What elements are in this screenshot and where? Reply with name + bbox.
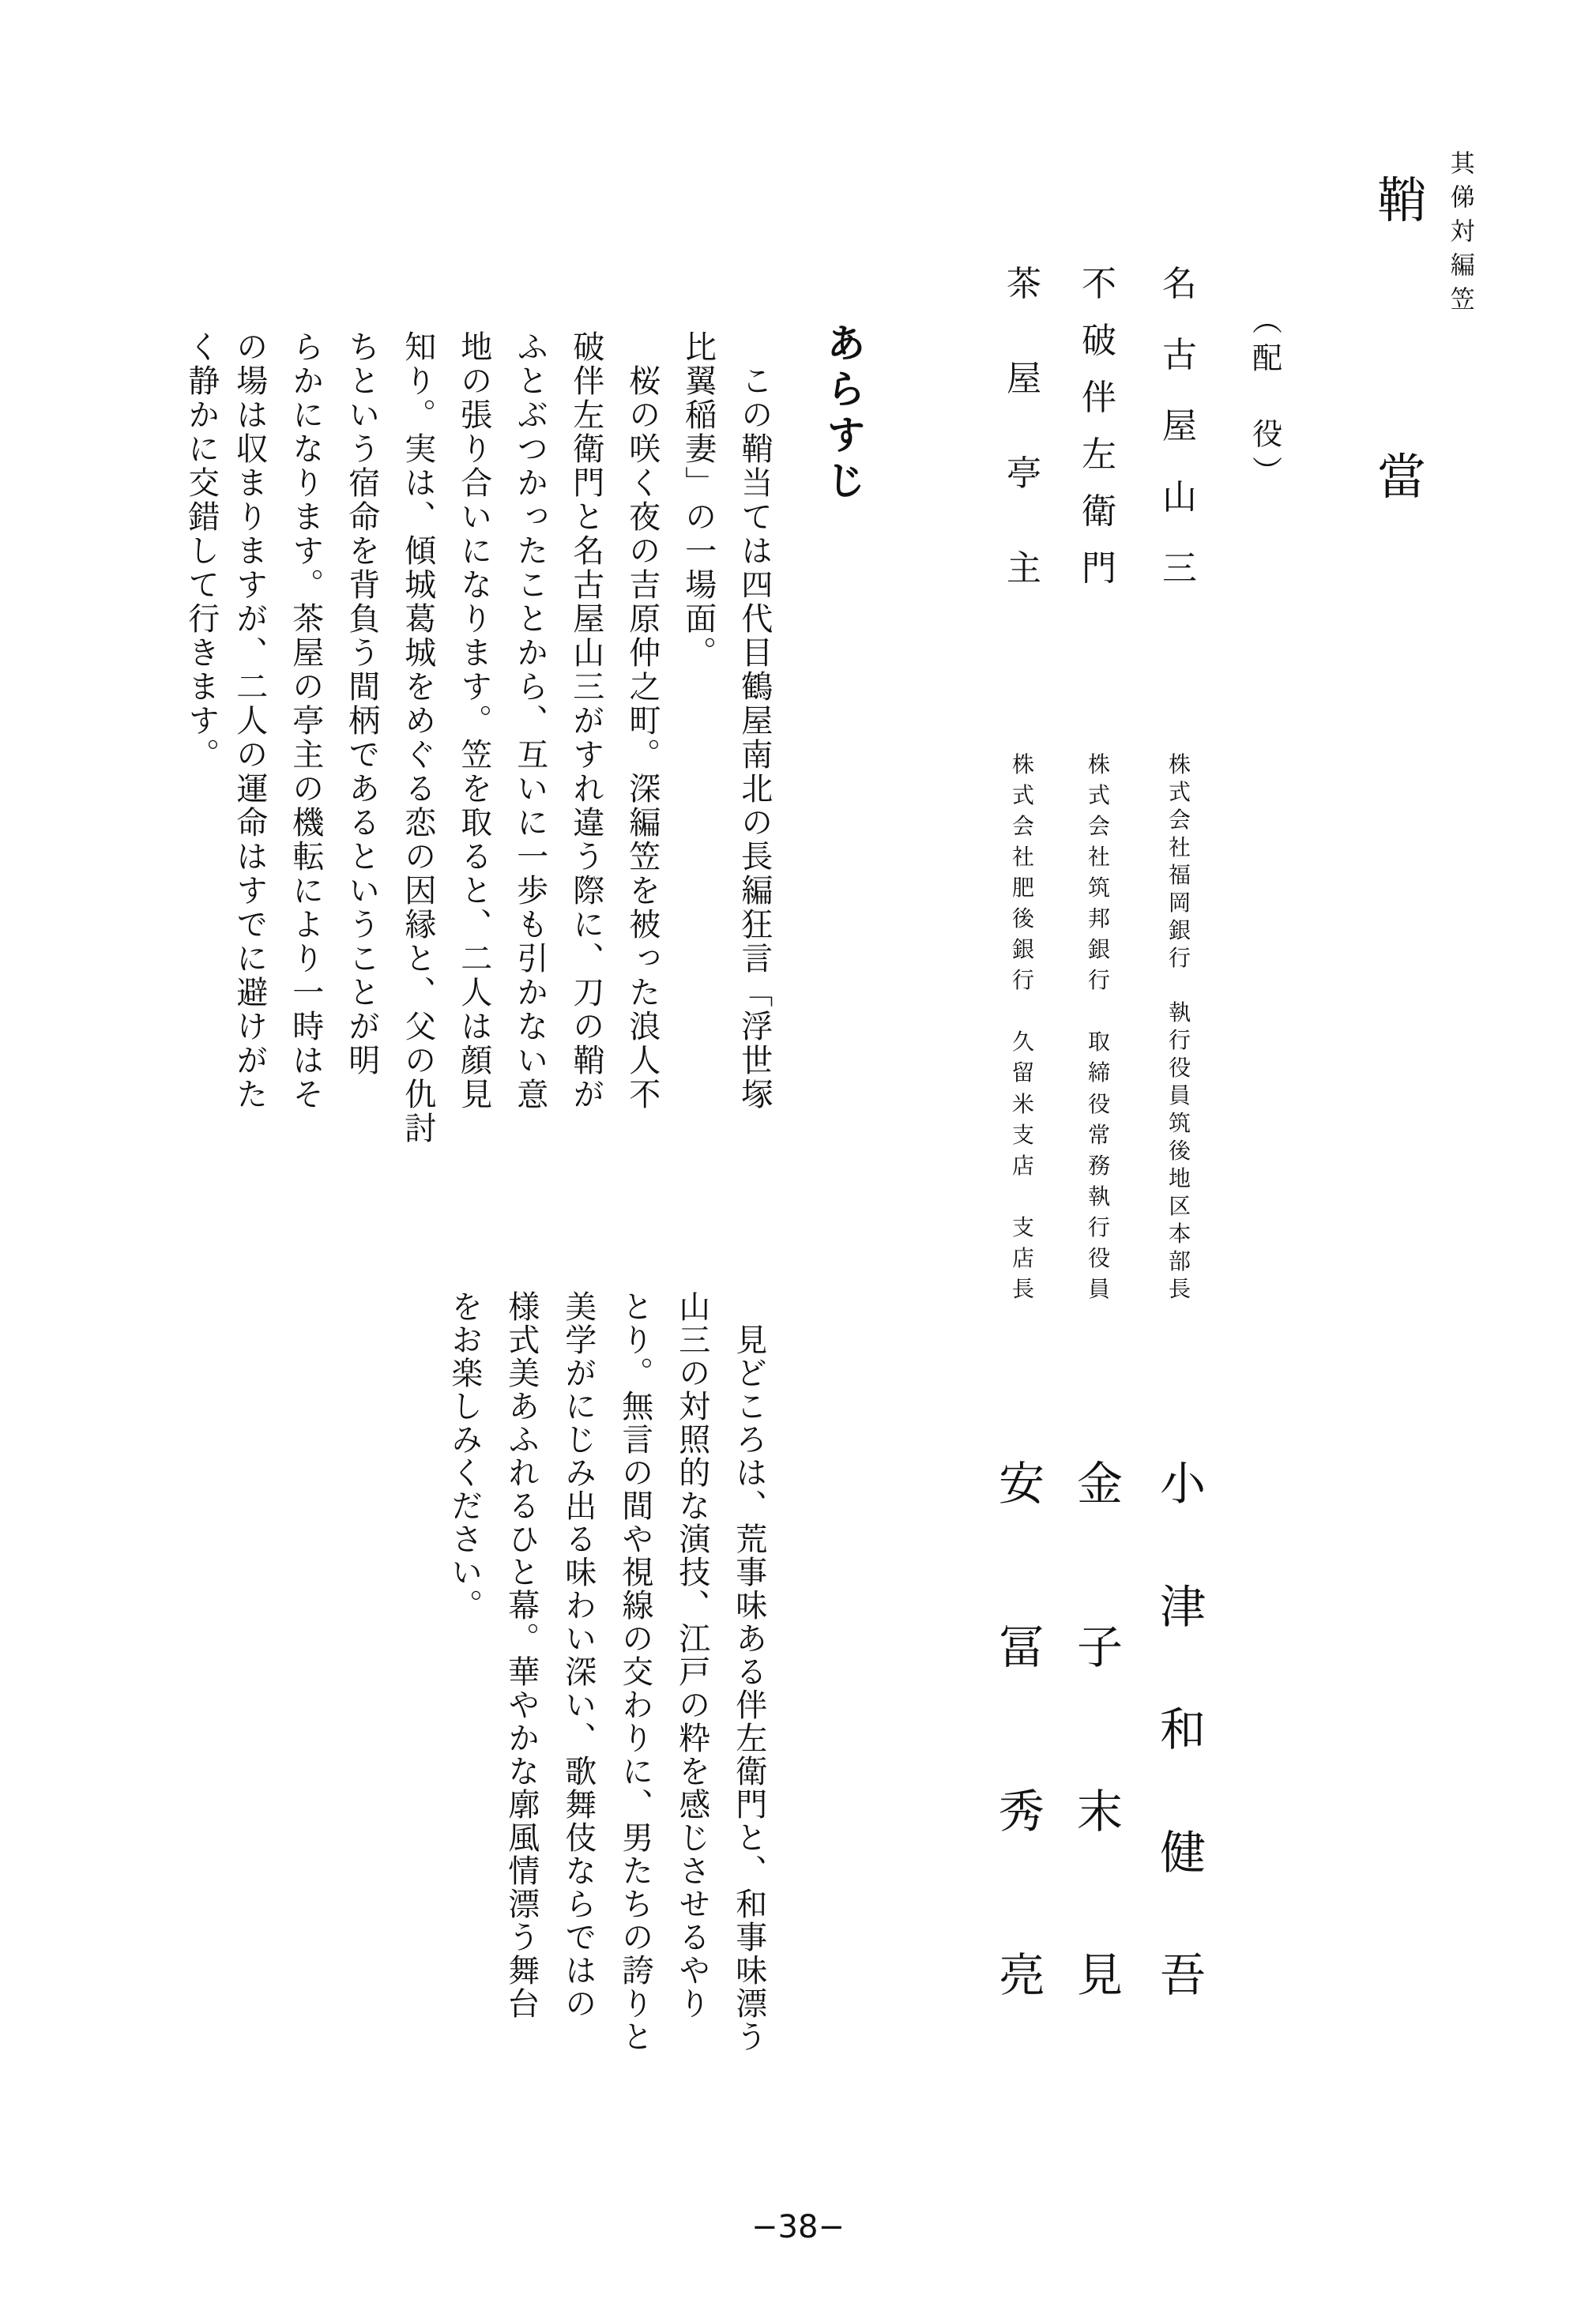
glyph: 健	[1160, 1831, 1206, 1876]
glyph: 亮	[999, 1953, 1045, 1999]
glyph: 秀	[999, 1789, 1045, 1835]
glyph: 会	[1012, 816, 1034, 838]
synopsis-line: この鞘当ては四代目鶴屋南北の長編狂言「浮世塚	[736, 330, 772, 1112]
glyph: 屋	[1007, 362, 1041, 397]
glyph: 長	[1169, 1279, 1191, 1301]
glyph: 不	[1082, 267, 1116, 302]
glyph: 當	[1377, 453, 1426, 502]
glyph: 区	[1169, 1196, 1191, 1218]
glyph: 執	[1088, 1187, 1110, 1209]
glyph: 茶	[1007, 267, 1041, 302]
cast-role-chaya-teishu: 茶屋亭主	[1007, 267, 1041, 586]
glyph: 冨	[999, 1625, 1045, 1671]
glyph: 屋	[1162, 409, 1197, 444]
glyph: 津	[1160, 1585, 1206, 1631]
glyph: 社	[1012, 847, 1034, 869]
page-number: −38−	[695, 2209, 901, 2245]
series-title: 其俤対編笠	[1446, 150, 1474, 320]
glyph: 和	[1160, 1707, 1206, 1753]
glyph: 久	[1012, 1032, 1034, 1054]
glyph	[1169, 976, 1191, 998]
glyph: 式	[1169, 782, 1191, 804]
glyph: 銀	[1088, 939, 1110, 961]
glyph: 社	[1088, 847, 1110, 869]
page-title: 鞘當	[1377, 177, 1426, 502]
glyph: 長	[1012, 1279, 1034, 1301]
cast-actor-2: 金子末見	[1077, 1462, 1123, 1999]
glyph: 本	[1169, 1224, 1191, 1246]
glyph: 銀	[1012, 939, 1034, 961]
glyph: 山	[1162, 480, 1197, 515]
glyph: 米	[1012, 1094, 1034, 1116]
glyph: 小	[1160, 1462, 1206, 1507]
glyph: 見	[1077, 1953, 1123, 1999]
highlights-line: とり。無言の間や視線の交わりに、男たちの誇りと	[617, 1290, 653, 2053]
glyph: 肥	[1012, 878, 1034, 900]
glyph: 店	[1012, 1156, 1034, 1178]
glyph	[1012, 1187, 1034, 1209]
glyph: 左	[1082, 438, 1116, 472]
glyph: 株	[1012, 754, 1034, 777]
glyph: 三	[1162, 551, 1197, 586]
glyph: 古	[1162, 338, 1197, 373]
synopsis-line: ふとぶつかったことから、互いに一歩も引かない意	[512, 330, 548, 1112]
glyph	[1088, 1001, 1110, 1023]
glyph: 破	[1082, 324, 1116, 359]
cast-role-nagoya-sanza: 名古屋山三	[1162, 267, 1197, 586]
cast-role-fuwa-banzaemon: 不破伴左衛門	[1082, 267, 1116, 586]
glyph: 役	[1088, 1094, 1110, 1116]
glyph: 店	[1012, 1248, 1034, 1270]
synopsis-line: く静かに交錯して行きます。	[183, 330, 219, 772]
cast-actor-3: 安冨秀亮	[999, 1462, 1045, 1999]
glyph: 取	[1088, 1032, 1110, 1054]
glyph: 福	[1169, 865, 1191, 887]
synopsis-line: の場は収まりますが、二人の運命はすでに避けがた	[231, 330, 267, 1112]
glyph: 筑	[1088, 878, 1110, 900]
highlights-line: 美学がにじみ出る味わい深い、歌舞伎ならではの	[560, 1290, 596, 2020]
glyph: 末	[1077, 1789, 1123, 1835]
glyph: 名	[1162, 267, 1197, 302]
glyph: 行	[1088, 970, 1110, 992]
glyph: 社	[1169, 837, 1191, 860]
glyph: 会	[1088, 816, 1110, 838]
glyph: 式	[1012, 785, 1034, 807]
cast-section-label: （配 役）	[1247, 304, 1281, 494]
glyph: 安	[999, 1462, 1045, 1507]
synopsis-line: 桜の咲く夜の吉原仲之町。深編笠を被った浪人不	[624, 330, 660, 1112]
synopsis-line: 地の張り合いになります。笠を取ると、二人は顔見	[456, 330, 491, 1112]
glyph: 支	[1012, 1125, 1034, 1147]
highlights-line: 様式美あふれるひと幕。華やかな廓風情漂う舞台	[503, 1290, 539, 2020]
glyph: 地	[1169, 1168, 1191, 1191]
glyph: 常	[1088, 1125, 1110, 1147]
highlights-line: 山三の対照的な演技、江戸の粋を感じさせるやり	[674, 1290, 710, 2020]
glyph: 門	[1082, 551, 1116, 586]
glyph: 支	[1012, 1217, 1034, 1240]
glyph: 主	[1007, 551, 1041, 586]
glyph: 役	[1088, 1248, 1110, 1270]
glyph: 締	[1088, 1063, 1110, 1085]
glyph: 株	[1169, 754, 1191, 777]
glyph: 銀	[1169, 920, 1191, 943]
glyph: 務	[1088, 1156, 1110, 1178]
cast-affiliation-1: 株式会社福岡銀行 執行役員筑後地区本部長	[1169, 754, 1191, 1301]
glyph: 行	[1169, 948, 1191, 970]
glyph: 吾	[1160, 1953, 1206, 1999]
glyph: 伴	[1082, 381, 1116, 416]
cast-actor-1: 小津和健吾	[1160, 1462, 1206, 1999]
glyph: 員	[1088, 1279, 1110, 1301]
glyph: 役	[1169, 1058, 1191, 1080]
glyph: 筑	[1169, 1113, 1191, 1135]
glyph: 留	[1012, 1063, 1034, 1085]
synopsis-heading: あらすじ	[821, 322, 865, 506]
highlights-line: をお楽しみください。	[446, 1290, 482, 1622]
glyph: 岡	[1169, 893, 1191, 915]
glyph: 衛	[1082, 495, 1116, 529]
synopsis-line: 破伴左衛門と名古屋山三がすれ違う際に、刀の鞘が	[568, 330, 604, 1112]
glyph: 執	[1169, 1003, 1191, 1025]
glyph: 部	[1169, 1251, 1191, 1274]
glyph: 行	[1169, 1030, 1191, 1052]
cast-affiliation-3: 株式会社肥後銀行 久留米支店 支店長	[1012, 754, 1034, 1301]
glyph: 後	[1012, 909, 1034, 931]
synopsis-line: 知り。実は、傾城葛城をめぐる恋の因縁と、父の仇討	[400, 330, 435, 1146]
glyph: 亭	[1007, 457, 1041, 491]
glyph: 行	[1012, 970, 1034, 992]
glyph: 員	[1169, 1086, 1191, 1108]
glyph: 後	[1169, 1141, 1191, 1163]
glyph: 邦	[1088, 909, 1110, 931]
glyph: 式	[1088, 785, 1110, 807]
glyph: 鞘	[1377, 177, 1426, 226]
glyph: 会	[1169, 810, 1191, 832]
synopsis-line: らかになります。茶屋の亭主の機転により一時はそ	[288, 330, 323, 1112]
glyph	[1012, 1001, 1034, 1023]
program-page: 其俤対編笠 鞘當 （配 役） 名古屋山三 不破伴左衛門 茶屋亭主 株式会社福岡銀…	[0, 0, 1596, 2303]
glyph: 金	[1077, 1462, 1123, 1507]
glyph: 行	[1088, 1217, 1110, 1240]
cast-affiliation-2: 株式会社筑邦銀行 取締役常務執行役員	[1088, 754, 1110, 1301]
glyph: 株	[1088, 754, 1110, 777]
synopsis-line: ちという宿命を背負う間柄であるということが明	[344, 330, 379, 1078]
highlights-line: 見どころは、荒事味ある伴左衛門と、和事味漂う	[731, 1290, 766, 2053]
glyph: 子	[1077, 1625, 1123, 1671]
synopsis-line: 比翼稲妻」の一場面。	[680, 330, 716, 670]
